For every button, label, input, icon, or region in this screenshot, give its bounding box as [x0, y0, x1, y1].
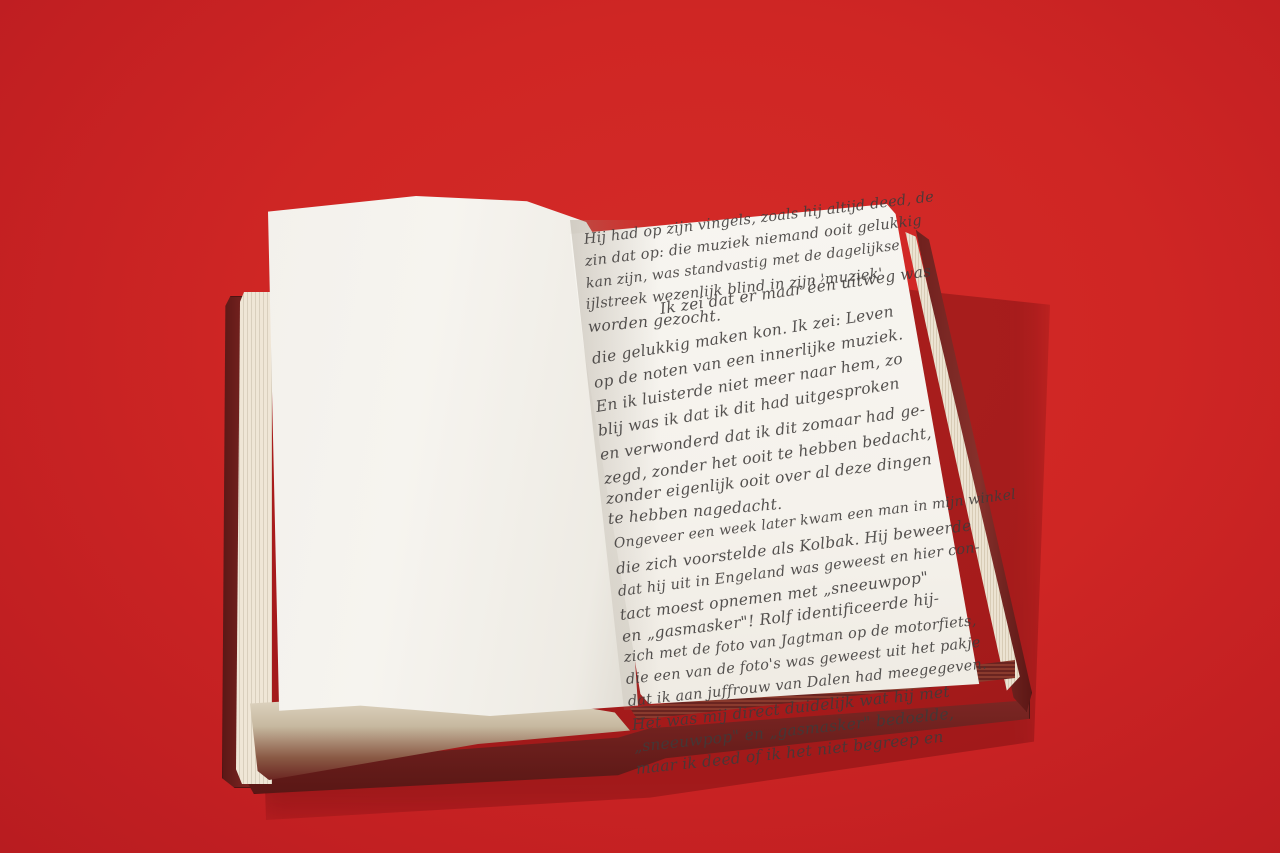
photo-scene: Hij had op zijn vingels, zoals hij altij… [0, 0, 1280, 853]
